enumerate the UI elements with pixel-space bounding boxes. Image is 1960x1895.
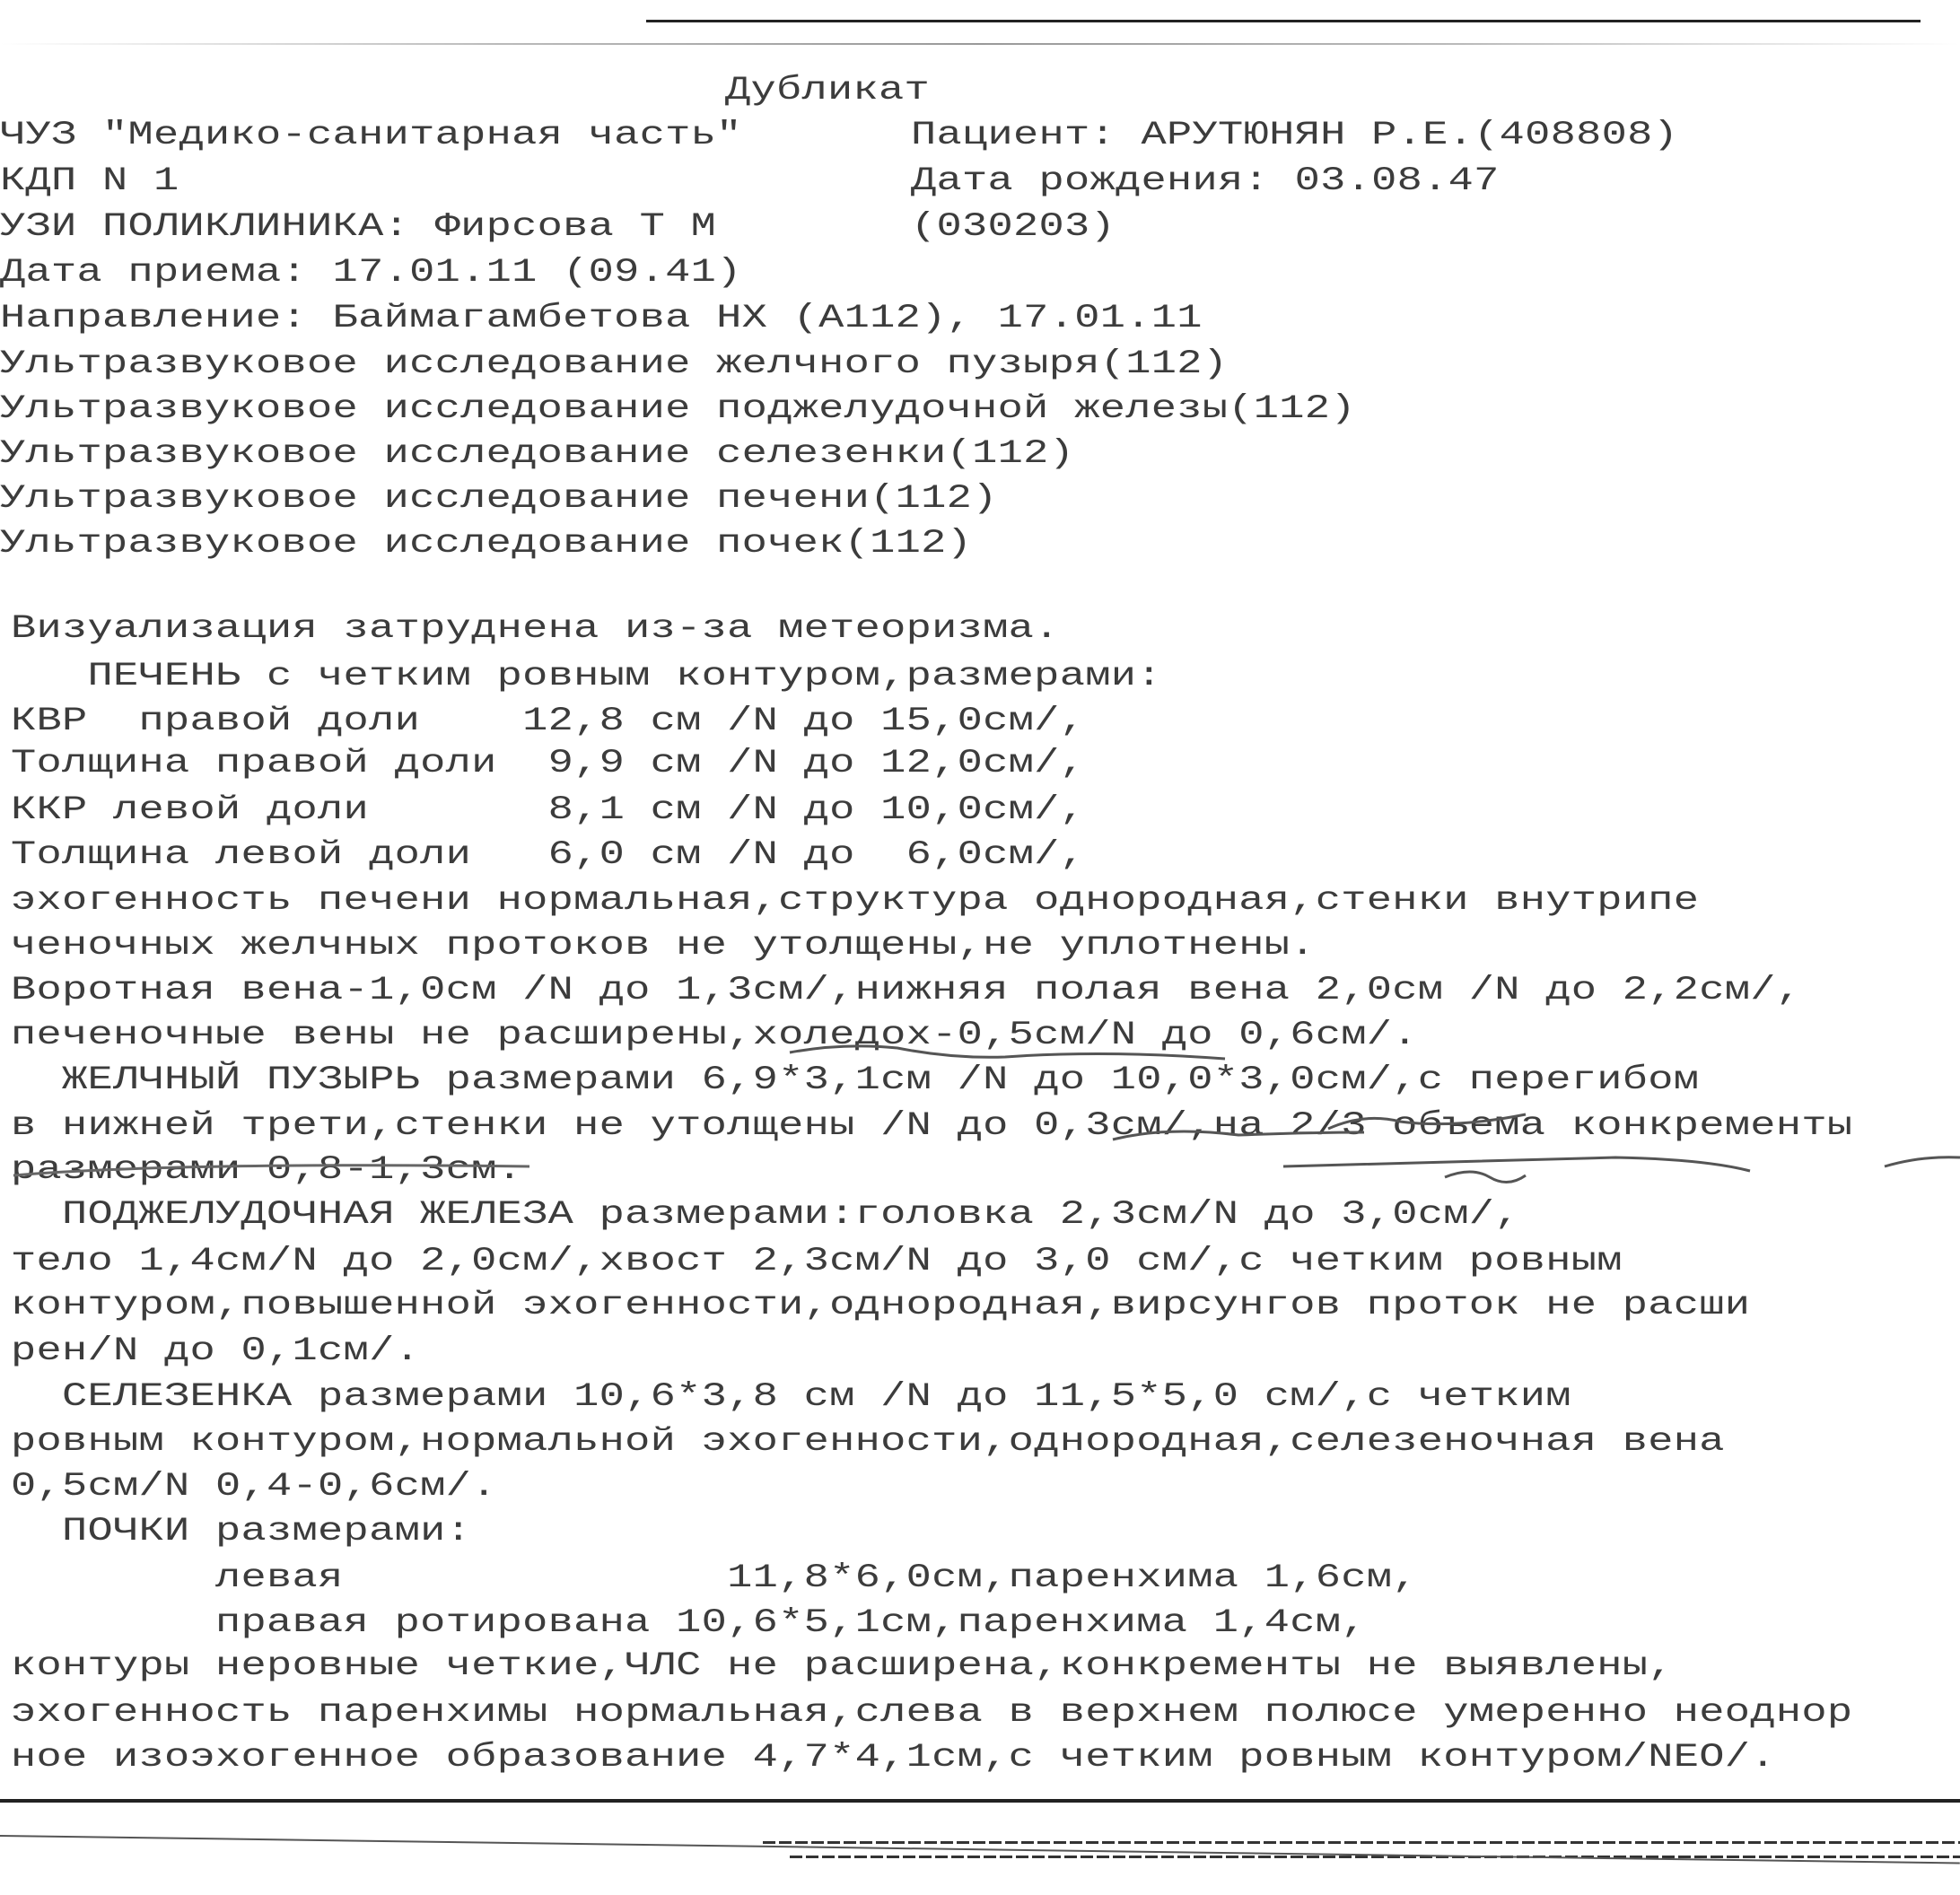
bottom-rule <box>0 1799 1960 1803</box>
bottom-dashed-line-2 <box>790 1856 1960 1858</box>
scanned-document: Дубликат ЧУЗ "Медико-санитарная часть"КД… <box>0 0 1960 1895</box>
pen-underline-annotations <box>0 0 1960 1895</box>
bottom-dashed-line-1 <box>763 1841 1960 1844</box>
